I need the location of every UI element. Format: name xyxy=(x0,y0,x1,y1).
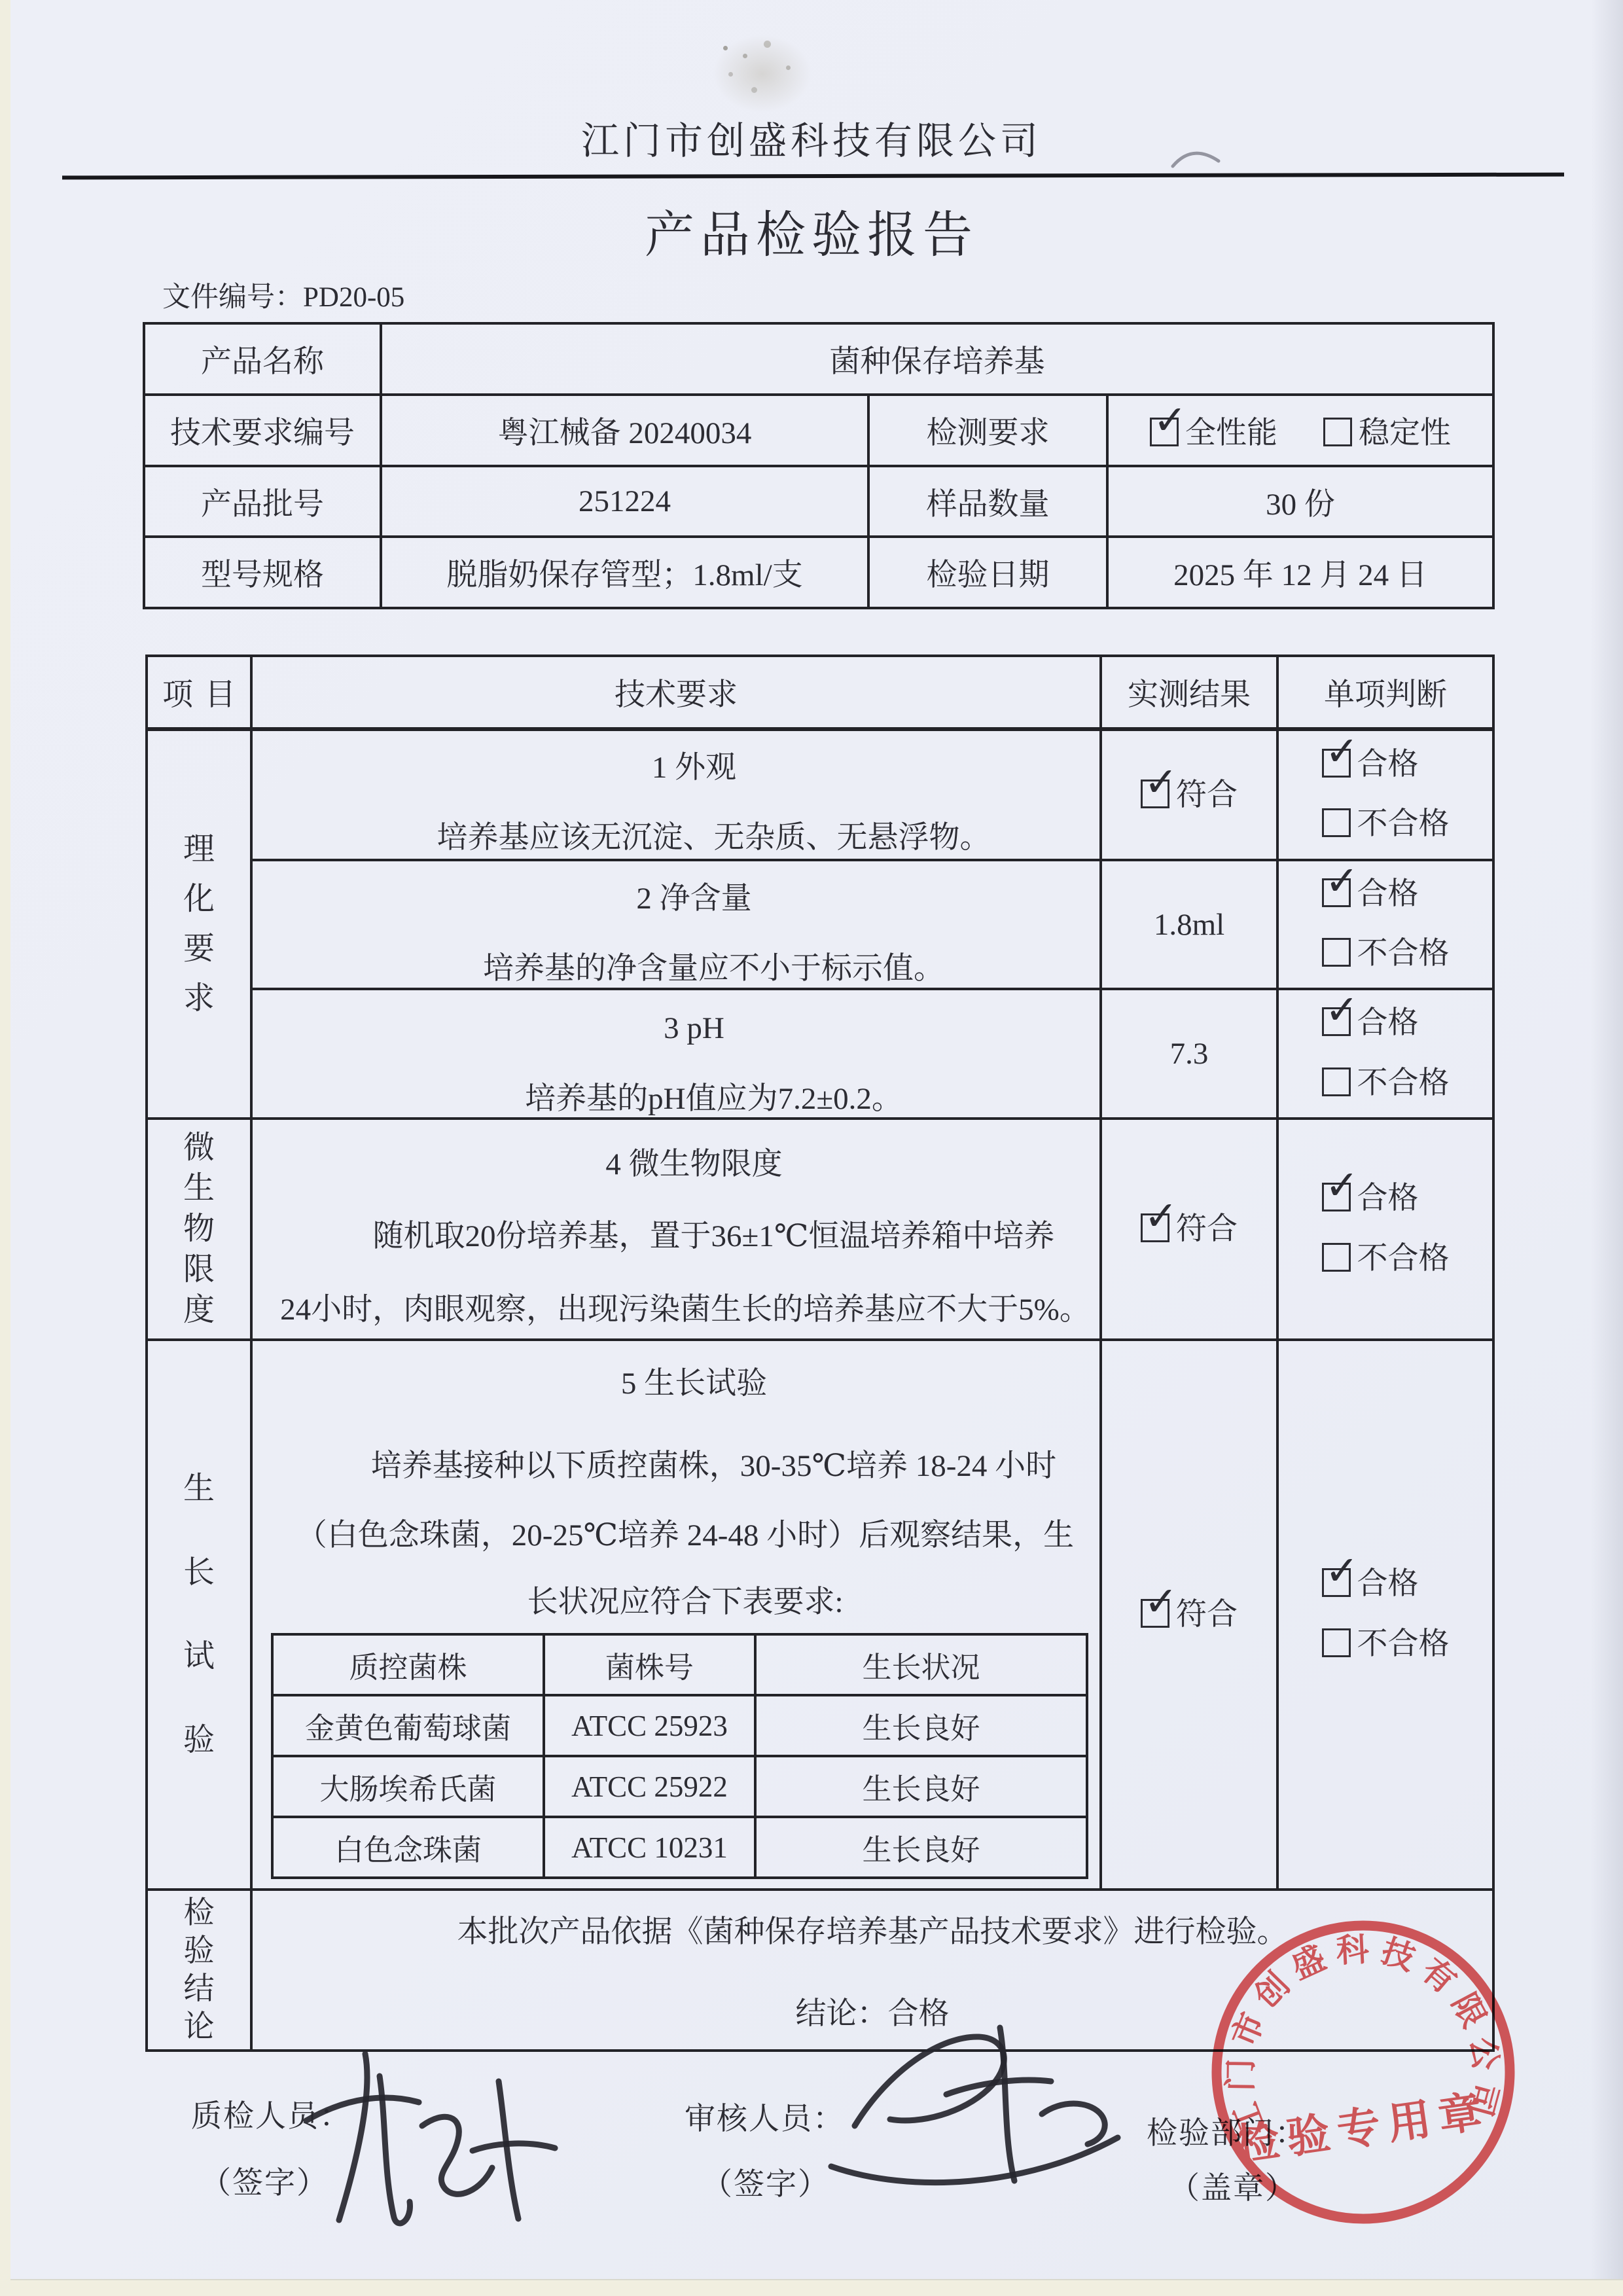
judgment-fail-label: 不合格 xyxy=(1357,1627,1450,1661)
product-name-value: 菌种保存培养基 xyxy=(381,323,1493,395)
table-row-growth: 生长试验 5 生长试验 培养基接种以下质控菌株，30-35℃培养 18-24 小… xyxy=(147,1340,1493,1890)
table-row-ph: 3 pH 培养基的pH值应为7.2±0.2。 7.3 ✓合格 不合格 xyxy=(147,989,1493,1119)
test-req-option-full-performance: ✓全性能 xyxy=(1150,416,1277,450)
checkbox-unchecked-icon xyxy=(1322,938,1351,967)
judgment-fail: 不合格 xyxy=(1322,1242,1450,1276)
tech-req-no-value: 粤江械备 20240034 xyxy=(381,395,868,466)
judgment-options: ✓合格 不合格 xyxy=(1322,878,1450,971)
result-value: ✓符合 xyxy=(1141,1212,1238,1246)
batch-label: 产品批号 xyxy=(144,466,381,537)
checkbox-checked-icon: ✓ xyxy=(1141,1599,1169,1628)
check-icon: ✓ xyxy=(1325,731,1359,772)
requirement-appearance: 1 外观 培养基应该无沉淀、无杂质、无悬浮物。 xyxy=(251,729,1101,860)
inspection-date-value: 2025 年 12 月 24 日 xyxy=(1107,537,1493,608)
strain-number: ATCC 10231 xyxy=(544,1817,755,1878)
requirement-title: 1 外观 xyxy=(253,750,1099,785)
table-row-appearance: 理化要求 1 外观 培养基应该无沉淀、无杂质、无悬浮物。 ✓符合 ✓合格 不合格 xyxy=(147,729,1493,860)
requirement-title: 5 生长试验 xyxy=(253,1366,1099,1401)
strain-name: 白色念珠菌 xyxy=(272,1817,544,1878)
judgment-fail: 不合格 xyxy=(1322,937,1450,971)
result-appearance: ✓符合 xyxy=(1101,729,1277,860)
option-label: 全性能 xyxy=(1185,416,1277,450)
scan-edge-left xyxy=(0,0,10,2296)
result-value: ✓符合 xyxy=(1141,1598,1238,1632)
check-icon: ✓ xyxy=(1325,861,1359,901)
table-row: 型号规格 脱脂奶保存管型；1.8ml/支 检验日期 2025 年 12 月 24… xyxy=(144,537,1493,608)
pencil-mark-artifact xyxy=(1169,145,1224,174)
table-header-row: 项目 技术要求 实测结果 单项判断 xyxy=(147,656,1493,729)
requirement-title: 3 pH xyxy=(253,1011,1099,1046)
checkbox-unchecked-icon xyxy=(1322,1243,1351,1272)
checkbox-checked-icon: ✓ xyxy=(1322,1568,1351,1597)
table-row: 技术要求编号 粤江械备 20240034 检测要求 ✓全性能稳定性 xyxy=(144,395,1493,466)
requirement-desc: 随机取20份培养基，置于36±1℃恒温培养箱中培养 xyxy=(253,1219,1099,1254)
judgment-pass-label: 合格 xyxy=(1357,1567,1419,1601)
judgment-net-content: ✓合格 不合格 xyxy=(1277,860,1493,989)
strain-name: 大肠埃希氏菌 xyxy=(272,1756,544,1817)
group-physchem-label: 理化要求 xyxy=(182,825,216,1024)
table-row: 产品名称 菌种保存培养基 xyxy=(144,323,1493,395)
check-icon: ✓ xyxy=(1144,1196,1178,1236)
strain-col-header: 质控菌株 xyxy=(272,1634,544,1695)
column-header-judgment: 单项判断 xyxy=(1277,656,1493,729)
judgment-microbial: ✓合格 不合格 xyxy=(1277,1119,1493,1340)
judgment-pass: ✓合格 xyxy=(1322,1182,1450,1216)
document-number-value: PD20-05 xyxy=(303,282,404,313)
check-icon: ✓ xyxy=(1144,762,1178,802)
result-text: 符合 xyxy=(1176,1598,1238,1632)
group-micro-cell: 微生物限度 xyxy=(147,1119,251,1340)
checkbox-checked-icon: ✓ xyxy=(1141,780,1169,808)
strain-growth: 生长良好 xyxy=(755,1695,1087,1756)
group-growth-label: 生长试验 xyxy=(182,1447,216,1782)
judgment-fail: 不合格 xyxy=(1322,1067,1450,1101)
strain-header-row: 质控菌株 菌株号 生长状况 xyxy=(272,1634,1087,1695)
group-growth-cell: 生长试验 xyxy=(147,1340,251,1890)
column-header-item: 项目 xyxy=(147,656,251,729)
tech-req-no-label: 技术要求编号 xyxy=(144,395,381,466)
strain-number-col-header: 菌株号 xyxy=(544,1634,755,1695)
group-conclusion-cell: 检验结论 xyxy=(147,1890,251,2051)
strain-row: 白色念珠菌 ATCC 10231 生长良好 xyxy=(272,1817,1087,1878)
inspection-seal-stamp: 江门市创盛科技有限公司 检验专用章 xyxy=(1200,1909,1527,2236)
group-physchem-cell: 理化要求 xyxy=(147,729,251,1119)
checkbox-checked-icon: ✓ xyxy=(1322,1183,1351,1211)
sample-qty-label: 样品数量 xyxy=(868,466,1107,537)
test-req-option-stability: 稳定性 xyxy=(1323,416,1451,450)
judgment-appearance: ✓合格 不合格 xyxy=(1277,729,1493,860)
judgment-options: ✓合格 不合格 xyxy=(1322,1007,1450,1100)
stamp-subtitle-text: 检验专用章 xyxy=(1233,2087,1492,2170)
result-microbial: ✓符合 xyxy=(1101,1119,1277,1340)
product-info-table: 产品名称 菌种保存培养基 技术要求编号 粤江械备 20240034 检测要求 ✓… xyxy=(143,322,1495,609)
option-label: 稳定性 xyxy=(1359,416,1451,450)
checkbox-checked-icon: ✓ xyxy=(1150,418,1179,446)
scan-right-shade xyxy=(1590,0,1623,2279)
strain-name: 金黄色葡萄球菌 xyxy=(272,1695,544,1756)
requirement-desc: （白色念珠菌，20-25℃培养 24-48 小时）后观察结果，生 xyxy=(253,1518,1099,1553)
judgment-pass: ✓合格 xyxy=(1322,1568,1450,1602)
model-spec-value: 脱脂奶保存管型；1.8ml/支 xyxy=(381,537,868,608)
requirement-growth: 5 生长试验 培养基接种以下质控菌株，30-35℃培养 18-24 小时 （白色… xyxy=(251,1340,1101,1890)
checkbox-unchecked-icon xyxy=(1322,808,1351,837)
strain-table: 质控菌株 菌株号 生长状况 金黄色葡萄球菌 ATCC 25923 生长良好 大肠… xyxy=(271,1633,1088,1879)
column-header-requirement: 技术要求 xyxy=(251,656,1101,729)
check-icon: ✓ xyxy=(1325,990,1359,1030)
requirement-ph: 3 pH 培养基的pH值应为7.2±0.2。 xyxy=(251,989,1101,1119)
report-title: 产品检验报告 xyxy=(0,195,1623,266)
judgment-fail-label: 不合格 xyxy=(1357,937,1450,971)
table-row: 产品批号 251224 样品数量 30 份 xyxy=(144,466,1493,537)
checkbox-checked-icon: ✓ xyxy=(1322,1007,1351,1036)
check-icon: ✓ xyxy=(1153,400,1187,440)
checkbox-checked-icon: ✓ xyxy=(1141,1213,1169,1242)
reviewer-signature-image xyxy=(792,2009,1132,2206)
scan-edge-bottom xyxy=(0,2279,1623,2296)
checkbox-unchecked-icon xyxy=(1322,1067,1351,1096)
checkbox-checked-icon: ✓ xyxy=(1322,878,1351,907)
requirement-desc: 培养基的pH值应为7.2±0.2。 xyxy=(253,1081,1099,1117)
judgment-fail-label: 不合格 xyxy=(1357,1066,1450,1100)
column-header-result: 实测结果 xyxy=(1101,656,1277,729)
result-ph: 7.3 xyxy=(1101,989,1277,1119)
result-text: 符合 xyxy=(1176,1212,1238,1246)
group-micro-label: 微生物限度 xyxy=(182,1128,216,1331)
requirement-desc: 培养基接种以下质控菌株，30-35℃培养 18-24 小时 xyxy=(253,1448,1099,1484)
growth-col-header: 生长状况 xyxy=(755,1634,1087,1695)
check-icon: ✓ xyxy=(1325,1551,1359,1591)
strain-growth: 生长良好 xyxy=(755,1817,1087,1878)
checkbox-unchecked-icon xyxy=(1322,1628,1351,1657)
result-value: ✓符合 xyxy=(1141,778,1238,812)
check-icon: ✓ xyxy=(1144,1581,1178,1622)
requirement-microbial: 4 微生物限度 随机取20份培养基，置于36±1℃恒温培养箱中培养 24小时，肉… xyxy=(251,1119,1101,1340)
test-req-label: 检测要求 xyxy=(868,395,1107,466)
table-row-net-content: 2 净含量 培养基的净含量应不小于标示值。 1.8ml ✓合格 不合格 xyxy=(147,860,1493,989)
judgment-growth: ✓合格 不合格 xyxy=(1277,1340,1493,1890)
strain-row: 大肠埃希氏菌 ATCC 25922 生长良好 xyxy=(272,1756,1087,1817)
checkbox-unchecked-icon xyxy=(1323,418,1352,446)
judgment-options: ✓合格 不合格 xyxy=(1322,748,1450,842)
test-req-options: ✓全性能稳定性 xyxy=(1107,395,1493,466)
judgment-fail-label: 不合格 xyxy=(1357,807,1450,841)
checkbox-checked-icon: ✓ xyxy=(1322,749,1351,778)
product-name-label: 产品名称 xyxy=(144,323,381,395)
judgment-options: ✓合格 不合格 xyxy=(1322,1568,1450,1661)
requirement-title: 4 微生物限度 xyxy=(253,1147,1099,1182)
result-net-content: 1.8ml xyxy=(1101,860,1277,989)
judgment-pass-label: 合格 xyxy=(1357,747,1419,781)
sample-qty-value: 30 份 xyxy=(1107,466,1493,537)
result-growth: ✓符合 xyxy=(1101,1340,1277,1890)
qc-signature-image xyxy=(288,2042,569,2238)
judgment-pass-label: 合格 xyxy=(1357,1181,1419,1215)
document-number: 文件编号：PD20-05 xyxy=(162,275,404,315)
judgment-pass: ✓合格 xyxy=(1322,1007,1450,1041)
result-text: 符合 xyxy=(1176,778,1238,812)
requirement-desc: 长状况应符合下表要求: xyxy=(253,1585,1099,1620)
scan-smudge-artifact xyxy=(694,20,831,128)
strain-number: ATCC 25922 xyxy=(544,1756,755,1817)
inspection-result-table: 项目 技术要求 实测结果 单项判断 理化要求 1 外观 培养基应该无沉淀、无杂质… xyxy=(145,655,1495,2052)
stamp-circle-icon xyxy=(1217,1926,1510,2219)
model-spec-label: 型号规格 xyxy=(144,537,381,608)
judgment-pass: ✓合格 xyxy=(1322,748,1450,782)
document-number-label: 文件编号： xyxy=(162,282,303,313)
requirement-desc: 培养基应该无沉淀、无杂质、无悬浮物。 xyxy=(253,820,1099,855)
strain-row: 金黄色葡萄球菌 ATCC 25923 生长良好 xyxy=(272,1695,1087,1756)
group-conclusion-label: 检验结论 xyxy=(182,1894,216,2046)
scan-speck-artifact xyxy=(723,46,728,50)
batch-value: 251224 xyxy=(381,466,868,537)
judgment-ph: ✓合格 不合格 xyxy=(1277,989,1493,1119)
strain-growth: 生长良好 xyxy=(755,1756,1087,1817)
judgment-pass: ✓合格 xyxy=(1322,878,1450,912)
judgment-fail: 不合格 xyxy=(1322,808,1450,842)
judgment-pass-label: 合格 xyxy=(1357,877,1419,911)
judgment-options: ✓合格 不合格 xyxy=(1322,1182,1450,1276)
judgment-pass-label: 合格 xyxy=(1357,1006,1419,1040)
judgment-fail: 不合格 xyxy=(1322,1628,1450,1662)
inspection-date-label: 检验日期 xyxy=(868,537,1107,608)
check-icon: ✓ xyxy=(1325,1165,1359,1206)
requirement-desc: 培养基的净含量应不小于标示值。 xyxy=(253,951,1099,986)
requirement-title: 2 净含量 xyxy=(253,881,1099,916)
strain-number: ATCC 25923 xyxy=(544,1695,755,1756)
requirement-desc: 24小时，肉眼观察，出现污染菌生长的培养基应不大于5%。 xyxy=(253,1292,1099,1327)
table-row-microbial: 微生物限度 4 微生物限度 随机取20份培养基，置于36±1℃恒温培养箱中培养 … xyxy=(147,1119,1493,1340)
requirement-net-content: 2 净含量 培养基的净含量应不小于标示值。 xyxy=(251,860,1101,989)
judgment-fail-label: 不合格 xyxy=(1357,1242,1450,1276)
